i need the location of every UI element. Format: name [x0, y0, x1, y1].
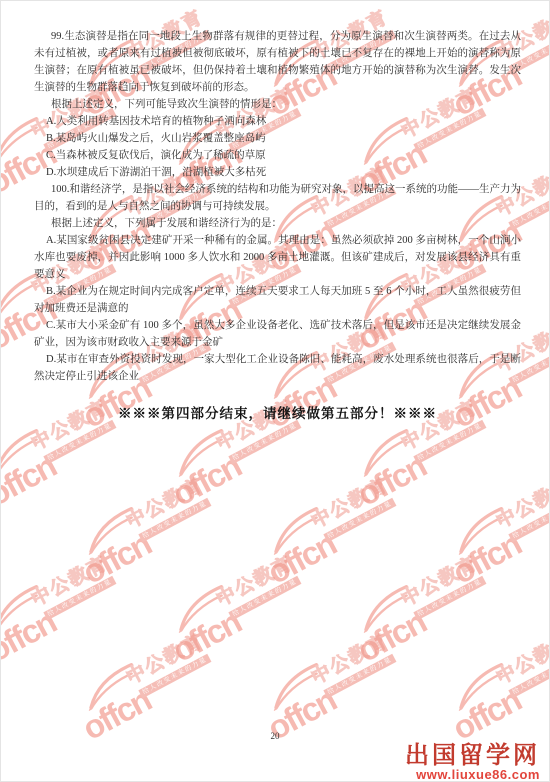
offcn-wordmark: offcn [167, 448, 246, 513]
question-100-option-b: B.某企业为在规定时间内完成客户定单，连续五天要求工人每天加班 5 至 6 个小… [34, 283, 521, 317]
question-100-option-c: C.某市大小采金矿有 100 多个，虽然大多企业设备老化、选矿技术落后，但是该市… [34, 317, 521, 351]
question-99-stem: 99.生态演替是指在同一地段上生物群落有规律的更替过程，分为原生演替和次生演替两… [34, 28, 521, 96]
offcn-swoosh-icon [261, 502, 330, 555]
offcn-slogan-banner: 给人改变未来的力量 [228, 420, 301, 465]
offcn-swoosh-icon [166, 424, 235, 477]
question-area: 99.生态演替是指在同一地段上生物群落有规律的更替过程，分为原生演替和次生演替两… [34, 28, 521, 422]
offcn-brand-zh: 中公教育 [28, 553, 113, 612]
offcn-swoosh-icon [351, 424, 420, 477]
offcn-watermark: offcn 中公教育 给人改变未来的力量 [0, 551, 139, 683]
offcn-brand-zh: 中公教育 [213, 553, 298, 612]
offcn-slogan-banner: 给人改变未来的力量 [413, 420, 486, 465]
offcn-slogan-banner: 给人改变未来的力量 [138, 654, 211, 699]
offcn-wordmark: offcn [0, 448, 61, 513]
offcn-slogan-banner: 给人改变未来的力量 [228, 576, 301, 621]
offcn-swoosh-icon [76, 658, 145, 711]
offcn-watermark: offcn 中公教育 给人改变未来的力量 [438, 473, 550, 605]
page-number: 20 [1, 731, 549, 741]
offcn-brand-zh: 中公教育 [123, 631, 208, 690]
offcn-swoosh-icon [446, 502, 515, 555]
offcn-slogan-banner: 给人改变未来的力量 [138, 498, 211, 543]
offcn-brand-zh: 中公教育 [493, 475, 550, 534]
offcn-wordmark: offcn [352, 448, 431, 513]
offcn-slogan-banner: 给人改变未来的力量 [413, 576, 486, 621]
offcn-swoosh-icon [76, 502, 145, 555]
offcn-wordmark: offcn [447, 526, 526, 591]
offcn-swoosh-icon [166, 580, 235, 633]
offcn-watermark: offcn 中公教育 给人改变未来的力量 [343, 551, 508, 683]
offcn-swoosh-icon [446, 658, 515, 711]
question-100-stem: 100.和谐经济学，是指以社会经济系统的结构和功能为研究对象，以提高这一系统的功… [34, 181, 521, 215]
offcn-swoosh-icon [0, 424, 50, 477]
offcn-watermark: offcn 中公教育 给人改变未来的力量 [253, 629, 418, 761]
offcn-slogan-banner: 给人改变未来的力量 [508, 654, 550, 699]
offcn-slogan-banner: 给人改变未来的力量 [508, 498, 550, 543]
offcn-watermark: offcn 中公教育 给人改变未来的力量 [253, 473, 418, 605]
offcn-watermark: offcn 中公教育 给人改变未来的力量 [68, 473, 233, 605]
offcn-swoosh-icon [351, 580, 420, 633]
offcn-swoosh-icon [0, 580, 50, 633]
offcn-swoosh-icon [261, 658, 330, 711]
site-footer: 出国留学网 www.liuxue86.com [405, 743, 540, 782]
question-99-option-d: D.水坝建成后下游湖泊干涸，沿湖植被大多枯死 [34, 164, 521, 181]
question-99-option-c: C.当森林被反复砍伐后，演化成为了稀疏的草原 [34, 147, 521, 164]
question-100-prompt: 根据上述定义，下列属于发展和谐经济行为的是： [34, 215, 521, 232]
offcn-wordmark: offcn [262, 526, 341, 591]
exam-page: offcn 中公教育 给人改变未来的力量 offcn 中公教育 给人改变未来的力… [0, 0, 550, 782]
offcn-watermark: offcn 中公教育 给人改变未来的力量 [68, 629, 233, 761]
site-url-link[interactable]: www.liuxue86.com [405, 768, 540, 782]
question-99-prompt: 根据上述定义，下列可能导致次生演替的情形是： [34, 96, 521, 113]
offcn-slogan-banner: 给人改变未来的力量 [43, 576, 116, 621]
question-100-option-d: D.某市在审查外资投资时发现，一家大型化工企业设备陈旧、能耗高，废水处理系统也很… [34, 351, 521, 385]
offcn-brand-zh: 中公教育 [308, 475, 393, 534]
offcn-brand-zh: 中公教育 [493, 631, 550, 690]
question-99-option-b: B.某岛屿火山爆发之后，火山岩浆覆盖整座岛屿 [34, 130, 521, 147]
offcn-slogan-banner: 给人改变未来的力量 [323, 498, 396, 543]
section-break-notice: ※※※第四部分结束，请继续做第五部分！※※※ [34, 405, 521, 422]
site-name: 出国留学网 [405, 743, 540, 768]
question-99-option-a: A.人类利用转基因技术培育的植物种子洒向森林 [34, 113, 521, 130]
offcn-slogan-banner: 给人改变未来的力量 [43, 420, 116, 465]
offcn-wordmark: offcn [167, 604, 246, 669]
offcn-brand-zh: 中公教育 [308, 631, 393, 690]
offcn-wordmark: offcn [352, 604, 431, 669]
offcn-brand-zh: 中公教育 [123, 475, 208, 534]
question-100-option-a: A.某国家级贫困县决定建矿开采一种稀有的金属。其理由是：虽然必须砍掉 200 多… [34, 232, 521, 283]
offcn-wordmark: offcn [77, 526, 156, 591]
offcn-slogan-banner: 给人改变未来的力量 [323, 654, 396, 699]
offcn-wordmark: offcn [0, 604, 61, 669]
offcn-watermark: offcn 中公教育 给人改变未来的力量 [158, 551, 323, 683]
offcn-brand-zh: 中公教育 [398, 553, 483, 612]
